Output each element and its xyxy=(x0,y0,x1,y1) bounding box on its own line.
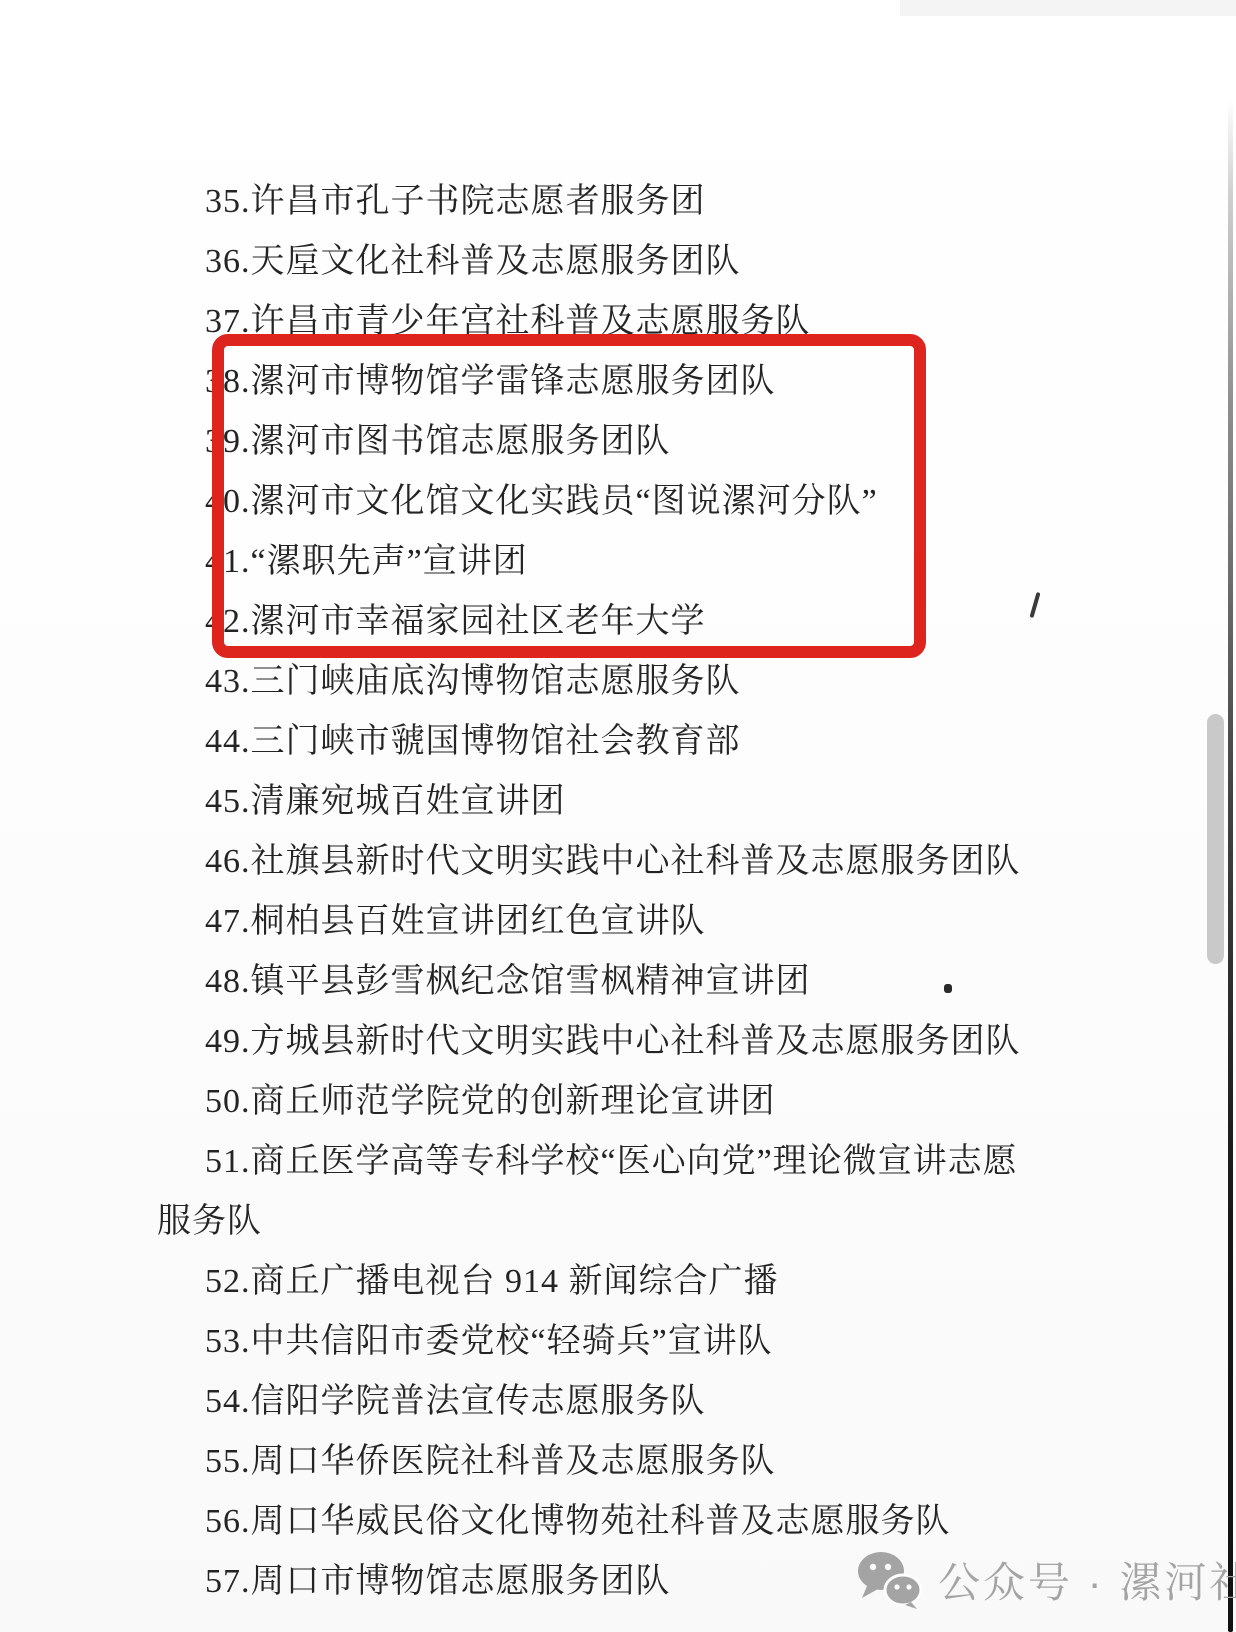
list-item: 38.漯河市博物馆学雷锋志愿服务团队 xyxy=(0,347,1236,407)
list-item: 51.商丘医学高等专科学校“医心向党”理论微宣讲志愿 xyxy=(0,1127,1236,1187)
wechat-icon xyxy=(856,1550,924,1610)
list-item: 49.方城县新时代文明实践中心社科普及志愿服务团队 xyxy=(0,1007,1236,1067)
list-item: 44.三门峡市虢国博物馆社会教育部 xyxy=(0,707,1236,767)
watermark: 公众号 · 漯河社科 xyxy=(856,1550,1236,1610)
list-item: 52.商丘广播电视台 914 新闻综合广播 xyxy=(0,1247,1236,1307)
list-item: 48.镇平县彭雪枫纪念馆雪枫精神宣讲团 xyxy=(0,947,1236,1007)
list-item: 39.漯河市图书馆志愿服务团队 xyxy=(0,407,1236,467)
list-item: 36.天垕文化社科普及志愿服务团队 xyxy=(0,227,1236,287)
list-item: 47.桐柏县百姓宣讲团红色宣讲队 xyxy=(0,887,1236,947)
document-list: 35.许昌市孔子书院志愿者服务团36.天垕文化社科普及志愿服务团队37.许昌市青… xyxy=(0,167,1236,1607)
page-edge-shadow xyxy=(1228,100,1233,1632)
list-item: 服务队 xyxy=(0,1187,1236,1247)
list-item: 55.周口华侨医院社科普及志愿服务队 xyxy=(0,1427,1236,1487)
list-item: 42.漯河市幸福家园社区老年大学 xyxy=(0,587,1236,647)
list-item: 43.三门峡庙底沟博物馆志愿服务队 xyxy=(0,647,1236,707)
list-item: 37.许昌市青少年宫社科普及志愿服务队 xyxy=(0,287,1236,347)
scanned-document-page: 35.许昌市孔子书院志愿者服务团36.天垕文化社科普及志愿服务团队37.许昌市青… xyxy=(0,0,1236,1632)
list-item: 41.“漯职先声”宣讲团 xyxy=(0,527,1236,587)
list-item: 40.漯河市文化馆文化实践员“图说漯河分队” xyxy=(0,467,1236,527)
list-item: 53.中共信阳市委党校“轻骑兵”宣讲队 xyxy=(0,1307,1236,1367)
watermark-text: 公众号 · 漯河社科 xyxy=(938,1550,1236,1610)
dot-mark xyxy=(944,984,952,993)
list-item: 45.清廉宛城百姓宣讲团 xyxy=(0,767,1236,827)
scrollbar-thumb[interactable] xyxy=(1207,714,1224,964)
list-item: 46.社旗县新时代文明实践中心社科普及志愿服务团队 xyxy=(0,827,1236,887)
list-item: 35.许昌市孔子书院志愿者服务团 xyxy=(0,167,1236,227)
list-item: 56.周口华威民俗文化博物苑社科普及志愿服务队 xyxy=(0,1487,1236,1547)
list-item: 50.商丘师范学院党的创新理论宣讲团 xyxy=(0,1067,1236,1127)
scan-artifact-tint xyxy=(900,0,1236,16)
list-item: 54.信阳学院普法宣传志愿服务队 xyxy=(0,1367,1236,1427)
